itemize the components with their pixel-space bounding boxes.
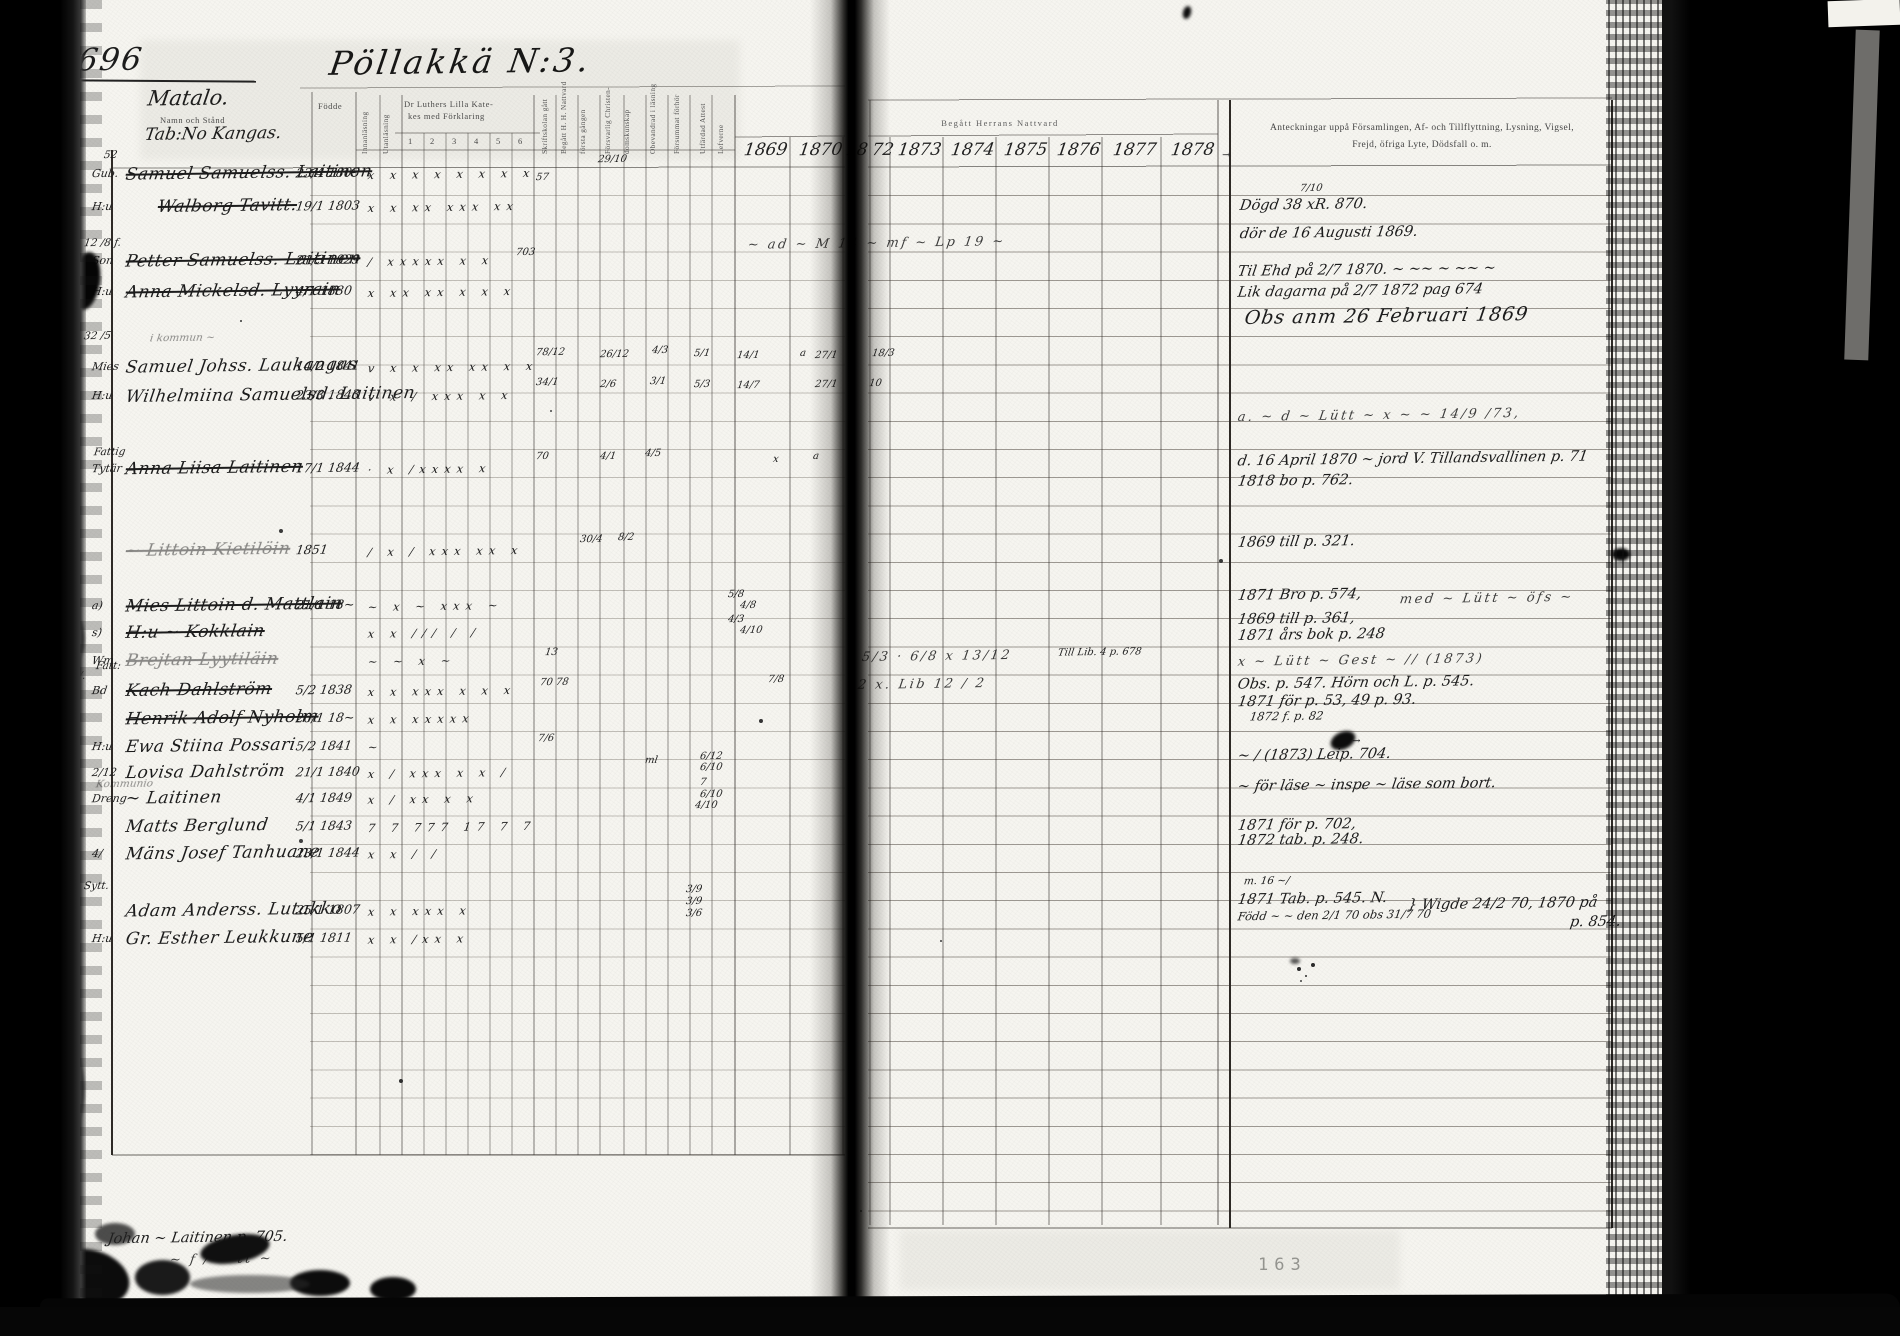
annotation: 2/6: [599, 379, 617, 390]
entry-birthdate: 21/1 18~: [295, 597, 356, 613]
annotation: a: [799, 348, 807, 359]
annotation: ~ för läse ~ inspe ~ läse som bort.: [1237, 775, 1497, 795]
annotation: d. 16 April 1870 ~ jord V. Tillandsvalli…: [1236, 449, 1589, 470]
communion-section-header: Begått Herrans Nattvard: [880, 118, 1120, 128]
entry-exam-marks: x xx xx x x x: [367, 284, 518, 300]
entry-name: Brejtan Lyytiläin: [124, 649, 279, 671]
annotation: 30/4: [579, 534, 603, 545]
annotation: a. ~ d ~ Lütt ~ x ~ ~ 14/9 /73,: [1237, 406, 1522, 425]
annotation: 4/3: [651, 345, 669, 356]
year-label: 1877: [1112, 140, 1158, 161]
annotation: 57: [535, 172, 549, 183]
entry-exam-marks: x / xx x x: [367, 791, 480, 807]
entry-name: H:u ~ Kokklain: [124, 621, 266, 643]
entry-name: Gr. Esther Leukkune: [124, 927, 315, 950]
annotation: med ~ Lütt ~ öfs ~: [1399, 590, 1575, 607]
annotation: Til Ehd på 2/7 1870. ~ ~~ ~ ~~ ~: [1237, 260, 1497, 280]
annotation: Född ~ ~ den 2/1 70 obs 31/7 70: [1237, 907, 1432, 924]
annotation: 6/12: [699, 751, 723, 762]
annotation: 1871 Tab. p. 545. N.: [1237, 890, 1389, 908]
entry-name: Matts Berglund: [124, 815, 269, 837]
scan-border-right-transition: [1606, 0, 1668, 1336]
entry-name: Anna Liisa Laitinen: [124, 457, 304, 479]
entry-exam-marks: ~ x ~ xxx ~: [367, 598, 505, 614]
entry-birthdate: 5/2 1841: [295, 738, 353, 754]
entry-birthdate: 17/1 1844: [295, 460, 361, 476]
entry-exam-marks: x x xxx x: [367, 903, 473, 918]
entry-exam-marks: v x / xxx x x: [367, 388, 515, 404]
annotation: 70 78: [539, 677, 569, 688]
book-gutter-shadow: [810, 0, 890, 1312]
year-label: 1869: [743, 140, 789, 161]
annotation: 5/1: [693, 348, 711, 359]
annotation: m. 16 ~/: [1243, 875, 1291, 888]
annotation: 4/8: [739, 600, 757, 611]
annotation: 5/3: [693, 379, 711, 390]
annotation: 4/10: [739, 625, 763, 636]
remarks-header-line2: Frejd, öfriga Lyte, Dödsfall o. m.: [1236, 140, 1608, 150]
entry-name: Kach Dahlström: [124, 679, 273, 701]
dirt-specks: [240, 320, 242, 322]
annotation: 13: [544, 647, 558, 658]
annotation: x ~ Lütt ~ Gest ~ // (1873): [1237, 651, 1486, 669]
annotation: 4/10: [694, 800, 718, 811]
entry-birthdate: 14/2 1841: [295, 358, 361, 374]
annotation: 4/1: [599, 451, 617, 462]
entry-exam-marks: x x / /: [367, 846, 443, 861]
scan-toner-wash: [140, 40, 740, 160]
entry-birthdate: 23/3 1843: [295, 387, 361, 403]
annotation: 4/3: [727, 614, 745, 625]
annotation: 26/12: [599, 349, 629, 360]
entry-birthdate: 5/2 1838: [295, 682, 353, 698]
scanned-church-record-page: 696 Pöllakkä N:3. Matalo. Namn och Stånd…: [0, 0, 1900, 1336]
annotation: 1871 för p. 53, 49 p. 93.: [1237, 692, 1418, 710]
annotation: ~ / (1873) Leip. 704.: [1237, 746, 1392, 764]
annotation: 78/12: [535, 347, 565, 358]
entry-birthdate: 23/1 1844: [295, 845, 361, 861]
entry-birthdate: 5/1 1811: [295, 930, 353, 946]
annotation: 3/9: [685, 884, 703, 895]
annotation: 1872 f. p. 82: [1249, 708, 1325, 723]
annotation: 70: [535, 451, 549, 462]
year-label: 1876: [1056, 140, 1102, 161]
entry-birthdate: 4/1 1849: [295, 790, 353, 806]
annotation: Dögd 38 xR. 870.: [1239, 196, 1369, 214]
page-edge-sliver-top: [1828, 0, 1900, 27]
remarks-header-line1: Anteckningar uppå Församlingen, Af- och …: [1236, 123, 1608, 133]
entry-name: ~ Littoin Kietilöin: [124, 539, 291, 561]
scan-toner-wash-bottom: [900, 1230, 1400, 1290]
annotation: } Wigde 24/2 70, 1870 på: [1407, 895, 1599, 914]
entry-exam-marks: 7 7 777 17 7 7: [367, 819, 538, 835]
entry-exam-marks: x x /xx x: [367, 931, 471, 946]
annotation: 1869 till p. 321.: [1237, 533, 1356, 551]
year-label: 1878: [1170, 140, 1216, 161]
entry-name: Henrik Adolf Nyholm: [124, 707, 320, 730]
annotation: 1872 tab. p. 248.: [1237, 831, 1365, 849]
scan-border-left: [0, 0, 86, 1336]
entry-birthdate: 1851: [295, 542, 329, 557]
entry-exam-marks: ~: [367, 740, 385, 754]
entry-exam-marks: / xxxxx x x: [367, 253, 496, 269]
annotation: x: [772, 454, 779, 465]
annotation: 4/5: [644, 448, 662, 459]
entry-birthdate: 5/1 1843: [295, 818, 353, 834]
entry-exam-marks: x x x x x x x x: [367, 166, 537, 182]
entry-exam-marks: v x x xx xx x x: [367, 359, 540, 375]
year-label: 1873: [897, 140, 943, 161]
entry-birthdate: 21/1 1840: [295, 764, 361, 780]
annotation: dör de 16 Augusti 1869.: [1239, 224, 1419, 242]
annotation: 6/10: [699, 789, 723, 800]
entry-birthdate: 23/4 1805: [295, 165, 361, 181]
speck-cluster: [1290, 958, 1300, 964]
annotation: 7/6: [537, 733, 555, 744]
annotation: 3/6: [685, 908, 703, 919]
entry-name: Mäns Josef Tanhuane: [124, 842, 321, 865]
entry-exam-marks: x / xxx x x /: [367, 765, 512, 781]
entry-exam-marks: x x xxx x x x: [367, 683, 518, 699]
annotation: →: [1221, 150, 1231, 161]
annotation: 7/8: [767, 674, 785, 685]
annotation: 703: [515, 247, 536, 258]
annotation: Obs anm 26 Februari 1869: [1243, 303, 1530, 329]
annotation: 52: [103, 149, 118, 161]
edge-speck: [1181, 5, 1192, 20]
entry-name: Walborg Tavitt.: [156, 195, 298, 217]
entry-birthdate: 21/3 1829: [295, 252, 361, 268]
annotation: Lik dagarna på 2/7 1872 pag 674: [1237, 281, 1484, 300]
annotation: 8/2: [617, 532, 635, 543]
annotation: 6/10: [699, 762, 723, 773]
annotation: 3/9: [685, 896, 703, 907]
entry-birthdate: 4/1 1830: [295, 283, 353, 299]
entry-exam-marks: x x xxxxx: [367, 711, 476, 726]
annotation: 14/7: [736, 380, 760, 391]
annotation: 34/1: [535, 377, 559, 388]
entry-name: ~ Laitinen: [124, 787, 223, 808]
annotation: Till Lib. 4 p. 678: [1057, 646, 1142, 658]
year-label: 1875: [1003, 140, 1049, 161]
annotation: i kommun ~: [149, 332, 216, 345]
entry-exam-marks: x x /// / /: [367, 625, 482, 641]
entry-birthdate: 20/1 18~: [295, 710, 356, 726]
entry-exam-marks: x x xx xxx xx: [367, 199, 520, 215]
annotation: 1871 års bok p. 248: [1237, 626, 1386, 644]
entry-exam-marks: · x /xxxx x: [367, 461, 493, 477]
annotation: 1869 till p. 361,: [1237, 610, 1356, 628]
entry-name: Ewa Stiina Possari: [124, 735, 297, 757]
entry-exam-marks: / x / xxx xx x: [367, 543, 525, 559]
year-label: 1874: [950, 140, 996, 161]
annotation: 7: [699, 777, 707, 788]
entry-birthdate: 19/1 1803: [295, 198, 361, 214]
annotation: 1818 bo p. 762.: [1237, 472, 1354, 490]
annotation: 7/10: [1299, 183, 1323, 194]
annotation: 3/1: [649, 376, 667, 387]
entry-exam-marks: ~ ~ x ~: [367, 653, 458, 668]
annotation: Obs. p. 547. Hörn och L. p. 545.: [1237, 673, 1476, 692]
annotation: 14/1: [736, 350, 760, 361]
annotation: Kommunio: [95, 778, 154, 791]
annotation: 5/8: [727, 589, 745, 600]
scan-border-bottom: [0, 1307, 1900, 1336]
annotation: 1871 Bro p. 574,: [1237, 586, 1363, 604]
scan-border-left-streaks: [80, 0, 102, 1336]
annotation: ml: [644, 755, 658, 766]
entry-birthdate: 25/1 1807: [295, 902, 361, 918]
